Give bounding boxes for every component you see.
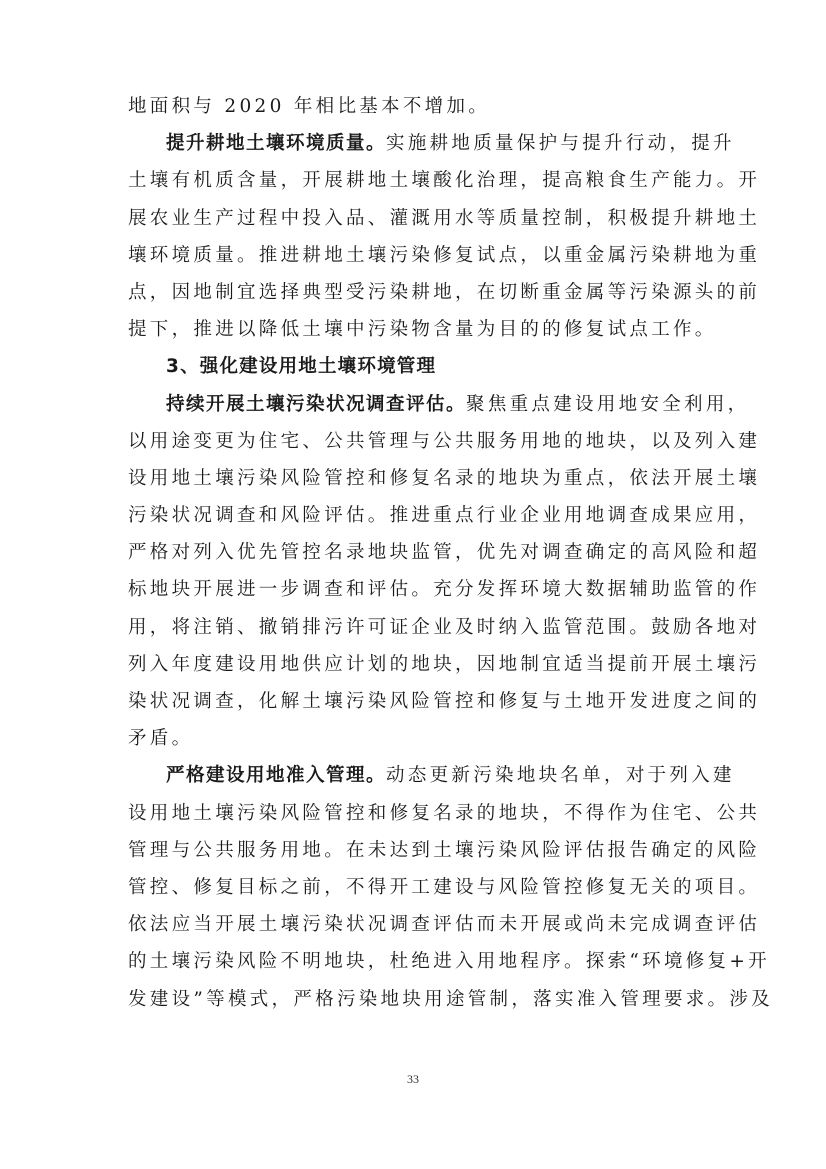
text-span: 动态更新污染地块名单，对于列入建: [386, 765, 735, 786]
bold-lead-text: 提升耕地土壤环境质量。: [166, 133, 386, 154]
text-line: 点，因地制宜选择典型受污染耕地，在切断重金属等污染源头的前: [128, 274, 702, 311]
text-line: 矛盾。: [128, 720, 702, 757]
text-line: 地面积与 2020 年相比基本不增加。: [128, 88, 702, 125]
text-line: 土壤有机质含量，开展耕地土壤酸化治理，提高粮食生产能力。开: [128, 162, 702, 199]
text-line: 展农业生产过程中投入品、灌溉用水等质量控制，积极提升耕地土: [128, 200, 702, 237]
paragraph-first-line: 持续开展土壤污染状况调查评估。聚焦重点建设用地安全利用，: [128, 386, 702, 423]
text-line: 提下，推进以降低土壤中污染物含量为目的的修复试点工作。: [128, 311, 702, 348]
paragraph-first-line: 严格建设用地准入管理。动态更新污染地块名单，对于列入建: [128, 757, 702, 794]
text-line: 严格对列入优先管控名录地块监管，优先对调查确定的高风险和超: [128, 534, 702, 571]
text-line: 列入年度建设用地供应计划的地块，因地制宜适当提前开展土壤污: [128, 646, 702, 683]
text-line: 发建设”等模式，严格污染地块用途管制，落实准入管理要求。涉及: [128, 981, 702, 1018]
text-span: 实施耕地质量保护与提升行动，提升: [386, 133, 735, 154]
bold-lead-text: 持续开展土壤污染状况调查评估。: [166, 394, 466, 415]
section-heading: 3、强化建设用地土壤环境管理: [128, 348, 702, 385]
page-number: 33: [0, 1072, 826, 1087]
text-line: 设用地土壤污染风险管控和修复名录的地块，不得作为住宅、公共: [128, 795, 702, 832]
text-line: 污染状况调查和风险评估。推进重点行业企业用地调查成果应用，: [128, 497, 702, 534]
text-line: 管理与公共服务用地。在未达到土壤污染风险评估报告确定的风险: [128, 832, 702, 869]
paragraph-first-line: 提升耕地土壤环境质量。实施耕地质量保护与提升行动，提升: [128, 125, 702, 162]
text-line: 的土壤污染风险不明地块，杜绝进入用地程序。探索“环境修复+开: [128, 943, 702, 980]
text-line: 壤环境质量。推进耕地土壤污染修复试点，以重金属污染耕地为重: [128, 237, 702, 274]
text-line: 染状况调查，化解土壤污染风险管控和修复与土地开发进度之间的: [128, 683, 702, 720]
text-line: 设用地土壤污染风险管控和修复名录的地块为重点，依法开展土壤: [128, 460, 702, 497]
text-line: 用，将注销、撤销排污许可证企业及时纳入监管范围。鼓励各地对: [128, 609, 702, 646]
text-line: 依法应当开展土壤污染状况调查评估而未开展或尚未完成调查评估: [128, 906, 702, 943]
document-body: 地面积与 2020 年相比基本不增加。 提升耕地土壤环境质量。实施耕地质量保护与…: [128, 88, 702, 1018]
text-line: 管控、修复目标之前，不得开工建设与风险管控修复无关的项目。: [128, 869, 702, 906]
text-line: 标地块开展进一步调查和评估。充分发挥环境大数据辅助监管的作: [128, 571, 702, 608]
text-span: 聚焦重点建设用地安全利用，: [466, 394, 749, 415]
bold-lead-text: 严格建设用地准入管理。: [166, 765, 386, 786]
text-line: 以用途变更为住宅、公共管理与公共服务用地的地块，以及列入建: [128, 423, 702, 460]
